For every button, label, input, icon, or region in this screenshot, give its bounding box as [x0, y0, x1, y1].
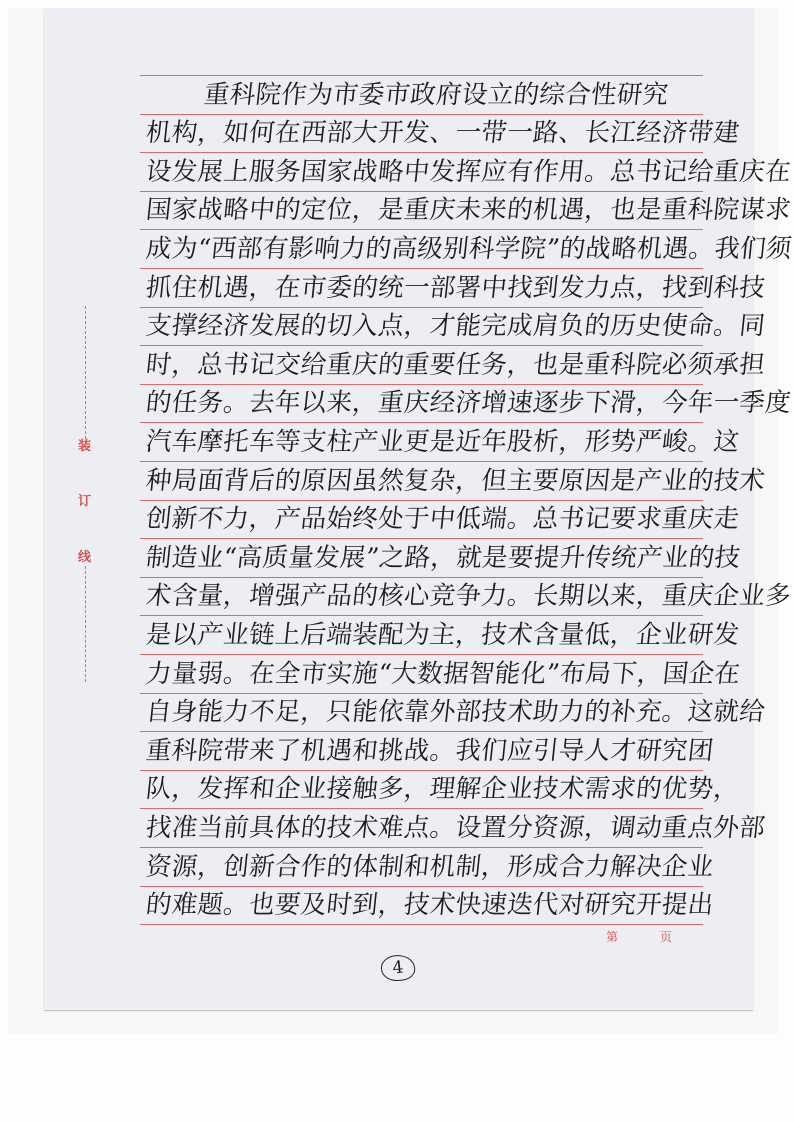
- text-line: 重科院带来了机遇和挑战。我们应引导人才研究团: [144, 733, 708, 769]
- binding-dashed-line-bottom: [85, 566, 86, 682]
- text-line: 重科院作为市委市政府设立的综合性研究: [144, 77, 708, 113]
- text-line: 支撑经济发展的切入点，才能完成肩负的历史使命。同: [144, 308, 708, 344]
- text-line: 术含量，增强产品的核心竞争力。长期以来，重庆企业多: [144, 578, 708, 614]
- text-line: 时，总书记交给重庆的重要任务，也是重科院必须承担: [144, 347, 708, 383]
- text-line: 汽车摩托车等支柱产业更是近年股析，形势严峻。这: [144, 424, 708, 460]
- text-line: 国家战略中的定位，是重庆未来的机遇，也是重科院谋求: [144, 192, 708, 228]
- page-label-suffix: 页: [660, 928, 672, 945]
- text-line: 成为“西部有影响力的高级别科学院”的战略机遇。我们须: [144, 231, 708, 267]
- text-line: 创新不力，产品始终处于中低端。总书记要求重庆走: [144, 501, 708, 537]
- text-line: 资源，创新合作的体制和机制，形成合力解决企业: [144, 849, 708, 885]
- text-line: 设发展上服务国家战略中发挥应有作用。总书记给重庆在: [144, 154, 708, 190]
- text-line: 是以产业链上后端装配为主，技术含量低，企业研发: [144, 617, 708, 653]
- binding-dashed-line-top: [85, 306, 86, 444]
- text-line: 找准当前具体的技术难点。设置分资源，调动重点外部: [144, 810, 708, 846]
- binding-char-xian: 线: [78, 546, 91, 565]
- ruled-line: [140, 268, 703, 269]
- text-line: 的任务。去年以来，重庆经济增速逐步下滑，今年一季度: [144, 385, 708, 421]
- ruled-line: [140, 654, 703, 655]
- ruled-line: [140, 461, 703, 462]
- text-line: 的难题。也要及时到，技术快速迭代对研究开提出: [144, 887, 708, 923]
- ruled-line: [140, 75, 703, 76]
- text-line: 自身能力不足，只能依靠外部技术助力的补充。这就给: [144, 694, 708, 730]
- text-line: 种局面背后的原因虽然复杂，但主要原因是产业的技术: [144, 463, 708, 499]
- page-label-prefix: 第: [606, 928, 618, 945]
- text-line: 力量弱。在全市实施“大数据智能化”布局下，国企在: [144, 656, 708, 692]
- ruled-line: [140, 924, 703, 925]
- text-line: 制造业“高质量发展”之路，就是要提升传统产业的技: [144, 540, 708, 576]
- text-line: 队，发挥和企业接触多，理解企业技术需求的优势，: [144, 771, 708, 807]
- binding-char-zhuang: 装: [78, 435, 91, 454]
- binding-char-ding: 订: [78, 490, 91, 509]
- ruled-line: [140, 847, 703, 848]
- text-line: 机构，如何在西部大开发、一带一路、长江经济带建: [144, 115, 708, 151]
- text-line: 抓住机遇，在市委的统一部署中找到发力点，找到科技: [144, 270, 708, 306]
